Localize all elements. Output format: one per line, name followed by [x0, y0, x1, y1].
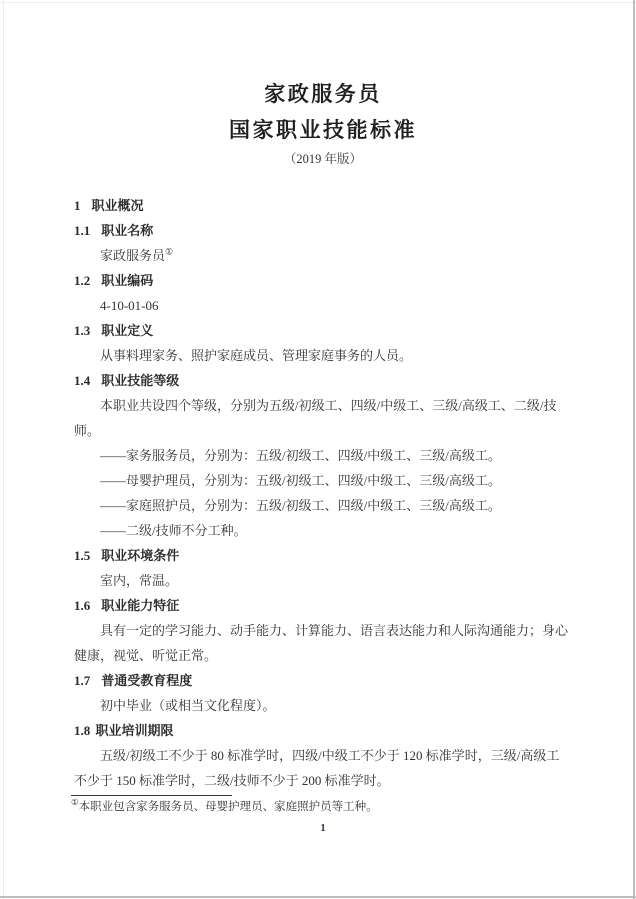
- section-number: 1.6: [74, 598, 90, 613]
- document-page: 家政服务员 国家职业技能标准 （2019 年版） 1职业概况 1.1职业名称 家…: [0, 0, 636, 899]
- section-label: 职业能力特征: [101, 598, 179, 613]
- section-number: 1.3: [74, 323, 90, 338]
- ability-paragraph: 具有一定的学习能力、动手能力、计算能力、语言表达能力和人际沟通能力；身心健康，视…: [74, 618, 572, 668]
- page-edge-bottom: [0, 896, 636, 898]
- document-body: 1职业概况 1.1职业名称 家政服务员① 1.2职业编码 4-10-01-06 …: [74, 193, 572, 793]
- heading-1-overview: 1职业概况: [74, 193, 572, 218]
- occupation-name-value: 家政服务员: [100, 248, 165, 263]
- footnote-ref-marker: ①: [165, 247, 173, 257]
- heading-1-7-education: 1.7普通受教育程度: [74, 668, 572, 693]
- section-number: 1.7: [74, 673, 90, 688]
- page-edge-right: [633, 0, 635, 899]
- section-label: 职业名称: [101, 223, 153, 238]
- section-label: 职业环境条件: [101, 548, 179, 563]
- occupation-name-text: 家政服务员①: [74, 243, 572, 268]
- section-label: 职业概况: [92, 198, 144, 213]
- footnote: ①本职业包含家务服务员、母婴护理员、家庭照护员等工种。: [71, 799, 572, 816]
- occupation-code-text: 4-10-01-06: [74, 293, 572, 318]
- heading-1-5-environment: 1.5职业环境条件: [74, 543, 572, 568]
- environment-text: 室内，常温。: [74, 568, 572, 593]
- heading-1-1-occupation-name: 1.1职业名称: [74, 218, 572, 243]
- occupation-definition-text: 从事料理家务、照护家庭成员、管理家庭事务的人员。: [74, 343, 572, 368]
- heading-1-8-training-duration: 1.8职业培训期限: [74, 718, 572, 743]
- training-duration-paragraph: 五级/初级工不少于 80 标准学时，四级/中级工不少于 120 标准学时，三级/…: [74, 743, 572, 793]
- section-number: 1.8: [74, 723, 90, 738]
- section-number: 1.2: [74, 273, 90, 288]
- page-content: 家政服务员 国家职业技能标准 （2019 年版） 1职业概况 1.1职业名称 家…: [74, 0, 572, 836]
- title-block: 家政服务员 国家职业技能标准 （2019 年版）: [74, 0, 572, 170]
- skill-level-item-technician: ——二级/技师不分工种。: [74, 518, 572, 543]
- section-label: 职业定义: [101, 323, 153, 338]
- section-label: 职业技能等级: [101, 373, 179, 388]
- section-number: 1: [74, 198, 81, 213]
- section-label: 普通受教育程度: [101, 673, 192, 688]
- skill-level-item-home-carer: ——家庭照护员，分别为：五级/初级工、四级/中级工、三级/高级工。: [74, 493, 572, 518]
- heading-1-3-occupation-definition: 1.3职业定义: [74, 318, 572, 343]
- footnote-rule: [71, 795, 232, 796]
- section-number: 1.4: [74, 373, 90, 388]
- section-number: 1.1: [74, 223, 90, 238]
- skill-level-item-maternity-nurse: ——母婴护理员，分别为：五级/初级工、四级/中级工、三级/高级工。: [74, 468, 572, 493]
- skill-levels-intro-paragraph: 本职业共设四个等级，分别为五级/初级工、四级/中级工、三级/高级工、二级/技师。: [74, 393, 572, 443]
- document-title-line-2: 国家职业技能标准: [74, 112, 572, 148]
- edition-label: （2019 年版）: [74, 148, 572, 170]
- page-edge-left: [3, 0, 4, 899]
- section-label: 职业编码: [101, 273, 153, 288]
- document-title-line-1: 家政服务员: [74, 76, 572, 112]
- footnote-block: ①本职业包含家务服务员、母婴护理员、家庭照护员等工种。: [71, 795, 572, 816]
- skill-level-item-housekeeper: ——家务服务员，分别为：五级/初级工、四级/中级工、三级/高级工。: [74, 443, 572, 468]
- heading-1-2-occupation-code: 1.2职业编码: [74, 268, 572, 293]
- education-text: 初中毕业（或相当文化程度）。: [74, 693, 572, 718]
- footnote-marker: ①: [71, 797, 79, 807]
- section-number: 1.5: [74, 548, 90, 563]
- section-label: 职业培训期限: [95, 723, 173, 738]
- footnote-text: 本职业包含家务服务员、母婴护理员、家庭照护员等工种。: [79, 801, 378, 813]
- heading-1-6-ability: 1.6职业能力特征: [74, 593, 572, 618]
- heading-1-4-skill-levels: 1.4职业技能等级: [74, 368, 572, 393]
- page-number: 1: [74, 822, 572, 836]
